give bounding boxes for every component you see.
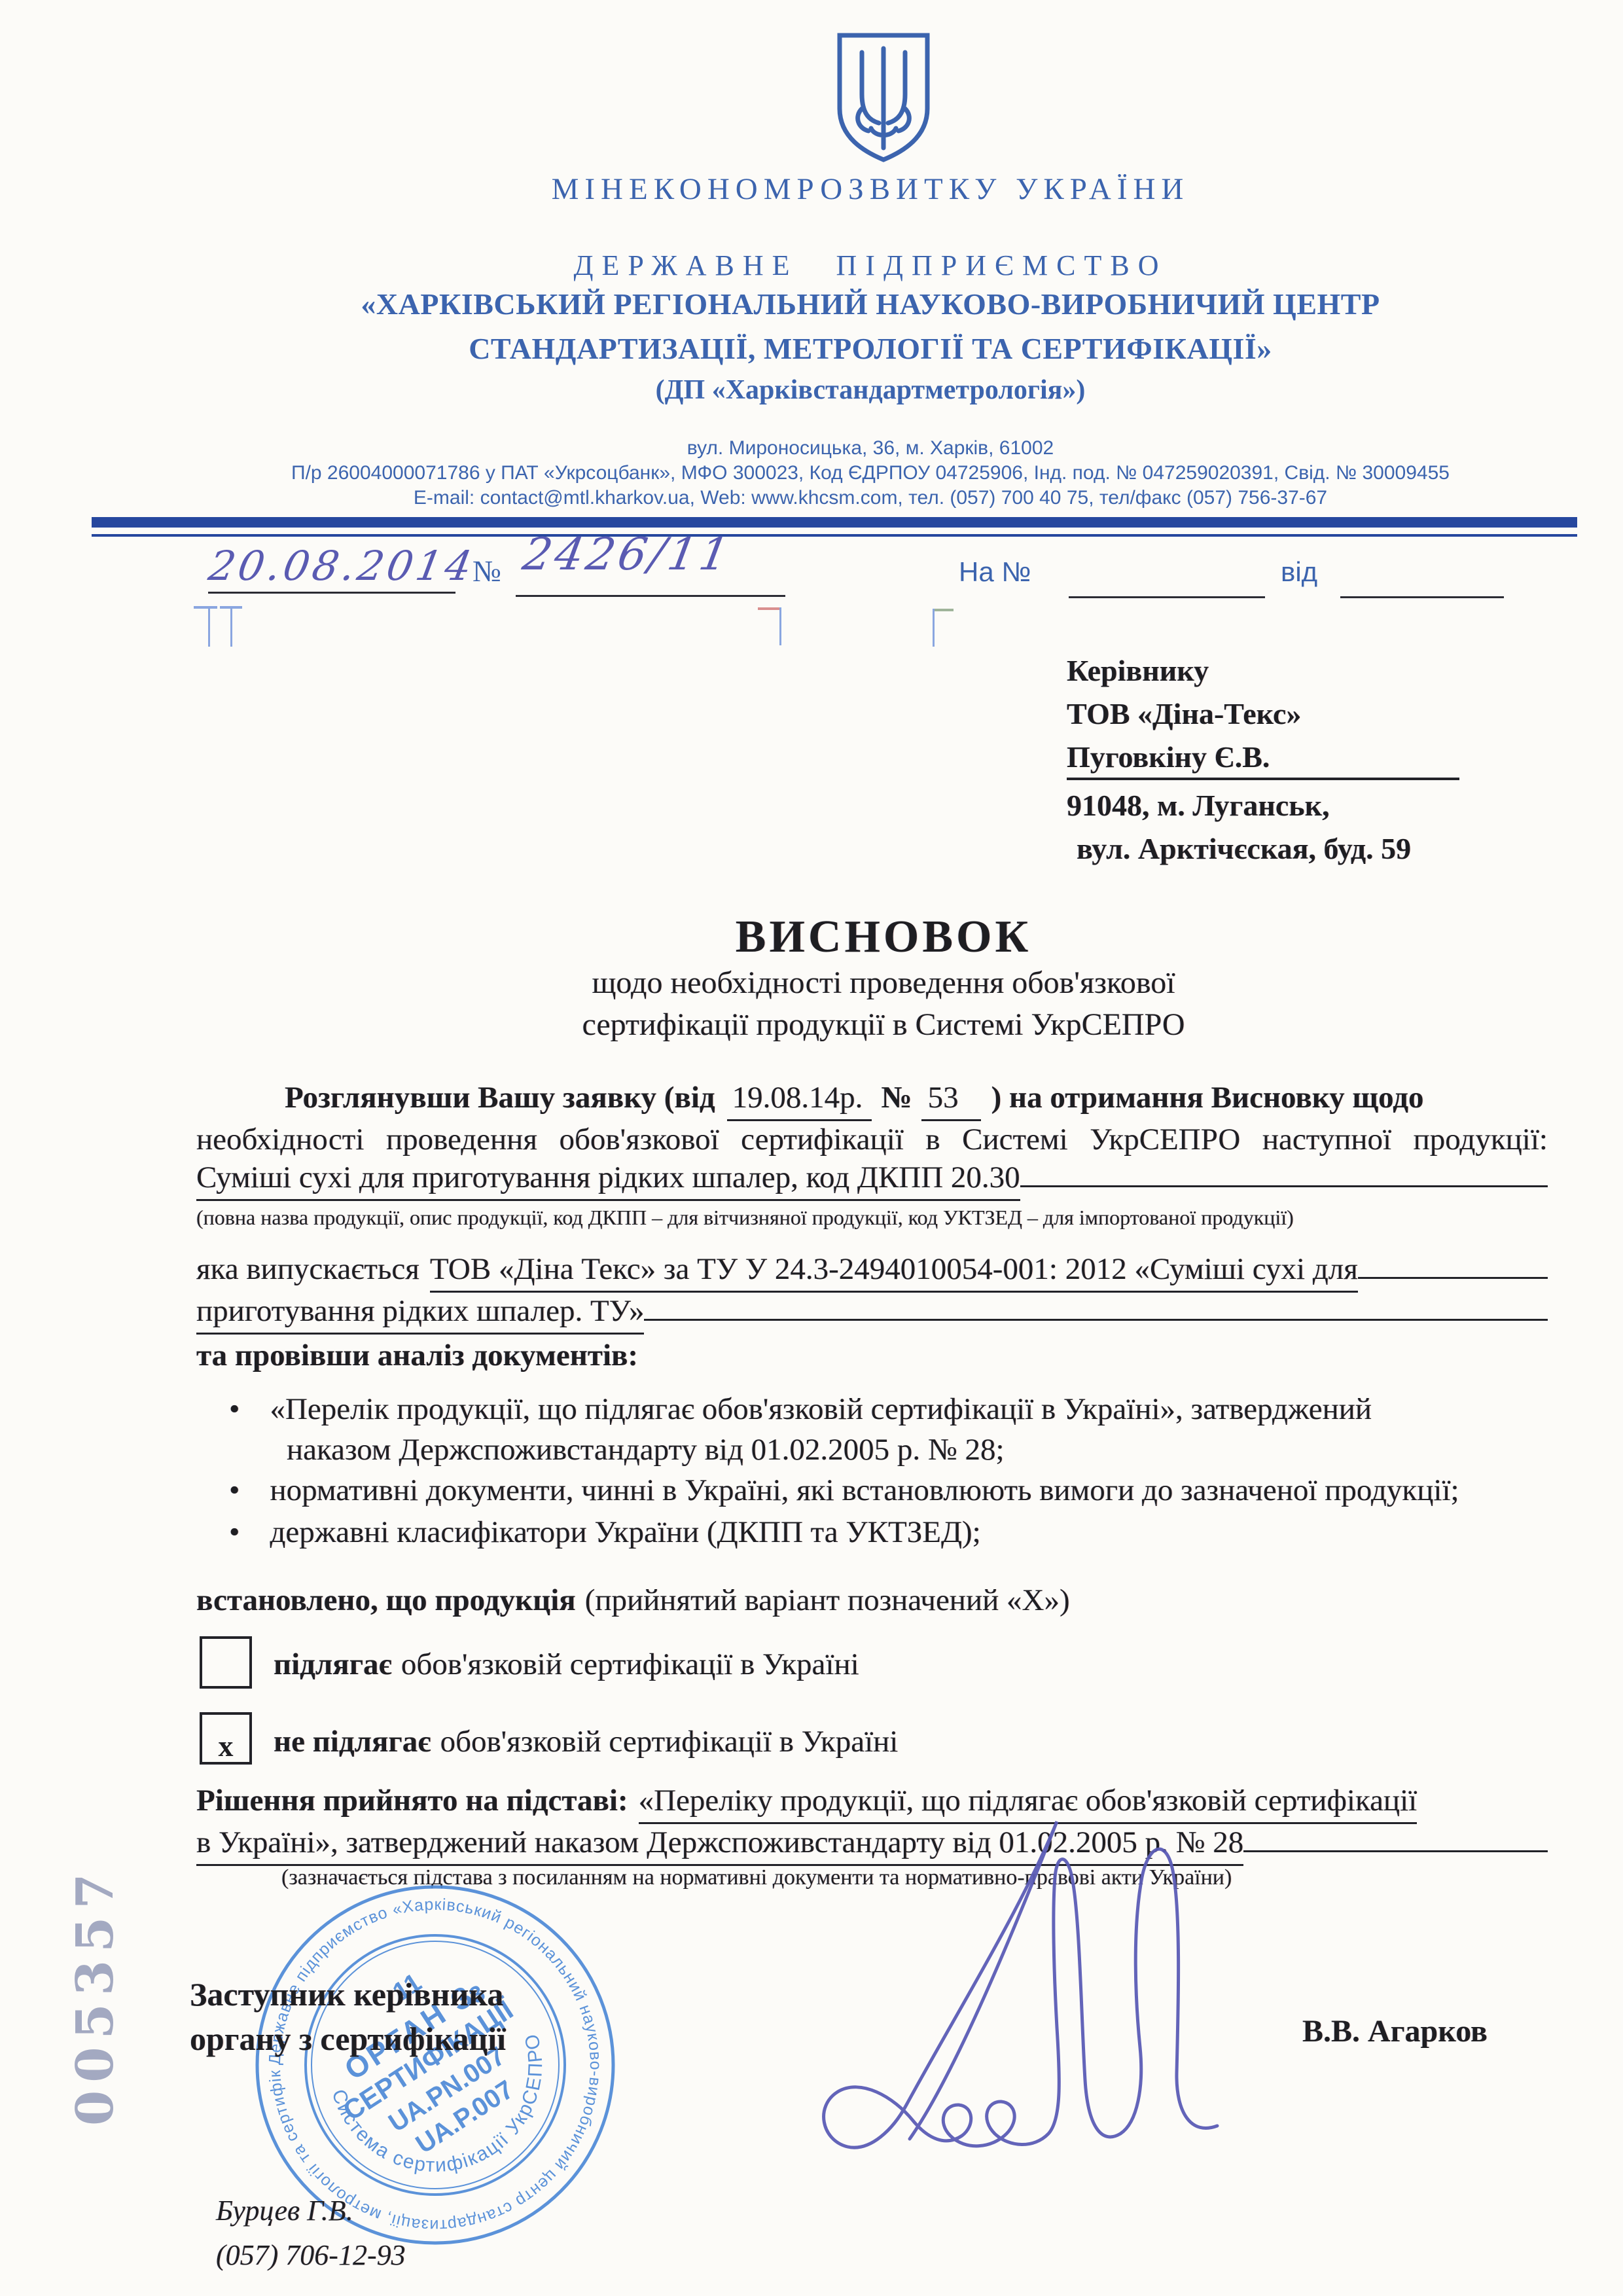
bullet-continuation: наказом Держспоживстандарту від 01.02.20…: [287, 1432, 1005, 1467]
signatory-position-line-1: Заступник керівника: [190, 1975, 503, 2013]
bank-line: П/р 26004000071786 у ПАТ «Укрсоцбанк», М…: [151, 462, 1590, 484]
recipient-line: Пуговкіну Є.В.: [1067, 742, 1459, 780]
product-underline-fill: [1020, 1185, 1548, 1187]
bullet-text: державні класифікатори України (ДКПП та …: [270, 1515, 980, 1550]
checkbox-unchecked: [200, 1636, 252, 1689]
analysis-line: та провівши аналіз документів:: [196, 1338, 638, 1373]
application-number: 53: [921, 1080, 981, 1121]
fold-mark: [194, 606, 217, 609]
bullet-item: • «Перелік продукції, що підлягає обов'я…: [229, 1391, 1372, 1427]
bullet-item: • державні класифікатори України (ДКПП т…: [229, 1515, 981, 1550]
ministry-title: МІНЕКОНОМРОЗВИТКУ УКРАЇНИ: [151, 171, 1590, 207]
incoming-number-blank: [1069, 596, 1265, 598]
manufacturer-underline-fill: [1358, 1277, 1548, 1279]
doc-title: ВИСНОВОК: [170, 911, 1597, 963]
recipient-line: 91048, м. Луганськ,: [1067, 791, 1330, 821]
fold-mark: [779, 607, 781, 645]
product-name: Суміші сухі для приготування рідких шпал…: [196, 1160, 1020, 1201]
checkbox-label-rest: обов'язковій сертифікації в Україні: [440, 1724, 899, 1759]
manufacturer-line: яка випускається ТОВ «Діна Текс» за ТУ У…: [196, 1251, 1548, 1293]
recipient-line: ТОВ «Діна-Текс»: [1067, 699, 1301, 729]
org-name-line-2: СТАНДАРТИЗАЦІЇ, МЕТРОЛОГІЇ ТА СЕРТИФІКАЦ…: [151, 331, 1590, 366]
application-lead: Розглянувши Вашу заявку (від: [285, 1080, 715, 1115]
fold-mark: [933, 609, 935, 647]
bullet-item: • нормативні документи, чинні в Україні,…: [229, 1473, 1459, 1508]
incoming-date-label: від: [1281, 556, 1317, 588]
fold-mark: [758, 607, 781, 610]
established-line: встановлено, що продукція (прийнятий вар…: [196, 1583, 1070, 1618]
bullet-text: нормативні документи, чинні в Україні, я…: [270, 1473, 1459, 1508]
rule-thin: [92, 534, 1577, 537]
org-name-line-1: «ХАРКІВСЬКИЙ РЕГІОНАЛЬНИЙ НАУКОВО-ВИРОБН…: [151, 287, 1590, 321]
checkbox-label-rest: обов'язковій сертифікації в Україні: [401, 1647, 859, 1682]
tu-underline-fill: [644, 1319, 1548, 1321]
outgoing-date-handwritten: 20.08.2014: [205, 542, 479, 590]
address-line: вул. Мироносицька, 36, м. Харків, 61002: [151, 437, 1590, 459]
incoming-date-blank: [1340, 596, 1504, 598]
application-date: 19.08.14р.: [727, 1080, 872, 1121]
contacts-line: E-mail: contact@mtl.kharkov.ua, Web: www…: [151, 487, 1590, 509]
fold-mark: [933, 609, 954, 611]
decision-label: Рішення прийнято на підставі:: [196, 1783, 628, 1818]
incoming-number-label: На №: [959, 556, 1031, 588]
date-underline: [208, 591, 455, 594]
signatory-position-line-2: органу з сертифікації: [190, 2020, 506, 2058]
tu-line: приготування рідких шпалер. ТУ»: [196, 1293, 1548, 1335]
outgoing-number-label: №: [473, 554, 501, 588]
recipient-line: Керівнику: [1067, 656, 1209, 686]
org-short-name: (ДП «Харківстандартметрологія»): [151, 374, 1590, 406]
checkbox-mark: х: [219, 1731, 234, 1762]
serial-number: 005357: [65, 1865, 125, 2126]
paragraph-line: необхідності проведення обов'язкової сер…: [196, 1122, 1548, 1157]
tu-text: приготування рідких шпалер. ТУ»: [196, 1293, 644, 1335]
signature-scribble: [759, 1799, 1361, 2178]
established-rest: (прийнятий варіант позначений «Х»): [585, 1583, 1070, 1618]
bullet-dot: •: [229, 1473, 240, 1508]
application-no-sign: №: [881, 1080, 912, 1115]
checkbox-label-bold: підлягає: [274, 1647, 392, 1682]
checkbox-label-bold: не підлягає: [274, 1724, 431, 1759]
outgoing-number-handwritten: 2426/11: [519, 529, 736, 581]
application-tail: ) на отримання Висновку щодо: [991, 1080, 1424, 1115]
checkbox-checked: х: [200, 1712, 252, 1765]
bullet-text: «Перелік продукції, що підлягає обов'язк…: [270, 1391, 1372, 1427]
fold-mark: [230, 606, 232, 647]
established-bold: встановлено, що продукція: [196, 1583, 576, 1618]
executor-phone: (057) 706-12-93: [216, 2238, 406, 2272]
doc-subtitle-line-2: сертифікації продукції в Системі УкрСЕПР…: [170, 1007, 1597, 1043]
number-underline: [516, 594, 785, 597]
checkbox-label: підлягає обов'язковій сертифікації в Укр…: [274, 1647, 859, 1682]
checkbox-label: не підлягає обов'язковій сертифікації в …: [274, 1724, 898, 1759]
product-line: Суміші сухі для приготування рідких шпал…: [196, 1160, 1548, 1201]
bullet-dot: •: [229, 1515, 240, 1550]
manufacturer-underlined: ТОВ «Діна Текс» за ТУ У 24.3-2494010054-…: [430, 1251, 1358, 1293]
product-note: (повна назва продукції, опис продукції, …: [196, 1206, 1294, 1230]
doc-subtitle-line-1: щодо необхідності проведення обов'язково…: [170, 965, 1597, 1001]
rule-thick: [92, 517, 1577, 528]
enterprise-type: ДЕРЖАВНЕ ПІДПРИЄМСТВО: [151, 249, 1590, 282]
executor-name: Бурцев Г.В.: [216, 2194, 353, 2227]
fold-mark: [208, 606, 210, 647]
document-page: МІНЕКОНОМРОЗВИТКУ УКРАЇНИ ДЕРЖАВНЕ ПІДПР…: [0, 0, 1623, 2296]
application-line: Розглянувши Вашу заявку (від 19.08.14р. …: [196, 1080, 1548, 1121]
recipient-line: вул. Арктічєская, буд. 59: [1077, 834, 1411, 864]
bullet-dot: •: [229, 1391, 240, 1427]
trident-emblem-icon: [834, 31, 933, 164]
manufacturer-lead: яка випускається: [196, 1251, 419, 1287]
